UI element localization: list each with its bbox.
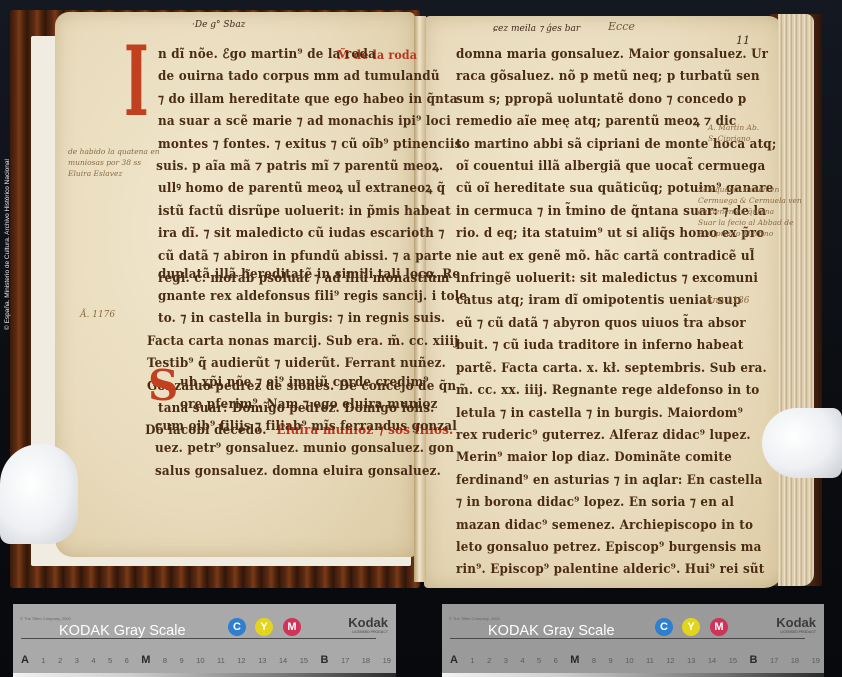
step-label: 17: [770, 656, 778, 665]
step-label: 13: [687, 656, 695, 665]
step-label: 2: [58, 656, 62, 665]
magenta-dot-icon: M: [710, 618, 728, 636]
step-label: 12: [666, 656, 674, 665]
text-line: ub xp̃i nõe ⁊ ei⁹ impiũ corde credim⁹: [180, 372, 438, 394]
text-line: salus gonsaluez. domna eluira gonsaluez.: [155, 461, 457, 483]
text-line: rex ruderic⁹ guterrez. Alferaz didac⁹ lu…: [456, 425, 776, 447]
gray-scale-steps: A 1 2 3 4 5 6 M 8 9 10 11 12 13 14 15 B …: [21, 654, 391, 666]
kodak-copyright: © The Tiffen Company, 2000: [20, 616, 71, 621]
step-label: 18: [791, 656, 799, 665]
kodak-brand: Kodak: [776, 615, 816, 630]
step-label: 3: [504, 656, 508, 665]
step-label: 14: [708, 656, 716, 665]
kodak-gray-scale-left: © The Tiffen Company, 2000 KODAK Gray Sc…: [13, 604, 396, 677]
magenta-dot-icon: M: [283, 618, 301, 636]
decorated-initial-s: S: [148, 365, 178, 407]
text-line: to. ⁊ in castella in burgis: ⁊ in regnis…: [158, 308, 467, 330]
step-label: 5: [108, 656, 112, 665]
text-line: m̃. cc. xx. iiij. Regnante rege aldefons…: [456, 380, 776, 402]
step-label: A: [21, 654, 29, 666]
step-label: 1: [41, 656, 45, 665]
kodak-gray-scale-right: © The Tiffen Company, 2000 KODAK Gray Sc…: [442, 604, 824, 677]
step-label: A: [450, 654, 458, 666]
step-label: 11: [646, 656, 654, 665]
text-line: istũ factũ disrũpe uoluerit: in p̃mis ha…: [158, 201, 462, 223]
left-margin-year: Ã. 1176: [80, 310, 115, 321]
text-line: ore pferim⁹. Nam ⁊ ego eluira munioz: [180, 394, 438, 416]
gray-gradient-strip: [442, 673, 824, 677]
page-edges: [778, 14, 814, 586]
step-label: 14: [279, 656, 287, 665]
step-label: 17: [341, 656, 349, 665]
text-line: raca gõsaluez. nõ p metũ neq; p turbatũ …: [456, 66, 776, 88]
cyan-dot-icon: C: [228, 618, 246, 636]
text-line: buit. ⁊ cũ iuda traditore in inferno hab…: [456, 335, 776, 357]
kodak-brand-sub: LICENSED PRODUCT: [776, 629, 816, 635]
step-label: 10: [196, 656, 204, 665]
text-line: leto gonsaluo petrez. Episcop⁹ burgensis…: [456, 537, 776, 559]
step-label: 10: [625, 656, 633, 665]
decorated-initial-i: I: [124, 34, 149, 130]
text-line: suis. p aĩa mã ⁊ patris mĩ ⁊ parentũ meo…: [156, 156, 461, 178]
left-page-text: n dĩ nõe. ℰgo martin⁹ de la roda de ouir…: [158, 44, 462, 290]
step-label: 6: [125, 656, 129, 665]
kodak-brand-sub: LICENSED PRODUCT: [348, 629, 388, 635]
step-label: 12: [237, 656, 245, 665]
text-line: domna maria gonsaluez. Maior gonsaluez. …: [456, 44, 776, 66]
step-label: 6: [554, 656, 558, 665]
step-label: 9: [609, 656, 613, 665]
left-page-text-final-b: cum oib⁹ filijs ⁊ filiab⁹ mĩs ferrandus …: [155, 416, 457, 483]
step-label: 3: [75, 656, 79, 665]
text-line: ira dĩ. ⁊ sit maledicto cũ iudas escario…: [158, 223, 462, 245]
step-label: 9: [180, 656, 184, 665]
step-label: B: [321, 654, 329, 666]
step-label: 4: [91, 656, 95, 665]
text-line: oĩ couentui illã albergiã que uocat̃ cer…: [456, 156, 776, 178]
step-label: 8: [163, 656, 167, 665]
cyan-dot-icon: C: [655, 618, 673, 636]
step-label: B: [750, 654, 758, 666]
kodak-logo: Kodak LICENSED PRODUCT: [348, 617, 388, 635]
yellow-dot-icon: Y: [255, 618, 273, 636]
text-line: cum oib⁹ filijs ⁊ filiab⁹ mĩs ferrandus …: [155, 416, 457, 438]
text-line: n dĩ nõe. ℰgo martin⁹ de la roda: [158, 44, 462, 66]
step-label: M: [570, 654, 579, 666]
text-line: eũ ⁊ cũ datã ⁊ abyron quos uiuos t̃ra ab…: [456, 313, 776, 335]
text-line: sum s; ppropã uoluntatẽ dono ⁊ concedo p: [456, 89, 776, 111]
step-label: 19: [383, 656, 391, 665]
kodak-title: KODAK Gray Scale: [59, 623, 186, 639]
kodak-rule: [21, 638, 376, 639]
text-line: na suar a scẽ marie ⁊ ad monachis ipi⁹ l…: [158, 111, 462, 133]
step-label: 15: [300, 656, 308, 665]
gray-scale-steps: A 1 2 3 4 5 6 M 8 9 10 11 12 13 14 15 B …: [450, 654, 820, 666]
text-line: montes ⁊ fontes. ⁊ exitus ⁊ cũ oĩb⁹ ptin…: [158, 134, 462, 156]
kodak-rule: [450, 638, 805, 639]
left-margin-note: de habido la quatena en muniosas por 38 …: [68, 146, 160, 179]
left-top-note: ·De g° Sbaz: [192, 20, 245, 30]
step-label: 15: [729, 656, 737, 665]
step-label: 18: [362, 656, 370, 665]
text-line: gnante rex aldefonsus fili⁹ regis sancij…: [158, 286, 467, 308]
text-line: nie aut ex genẽ mõ. hãc cartã contradicẽ…: [456, 246, 776, 268]
text-line: mazan didac⁹ semenez. Archiepiscopo in t…: [456, 515, 776, 537]
right-top-signature: Ecce: [608, 20, 635, 33]
step-label: 1: [470, 656, 474, 665]
yellow-dot-icon: Y: [682, 618, 700, 636]
right-margin-note-2: San quanto tienen en Cermuega & Cermuela…: [698, 184, 802, 239]
text-line: de ouirna tado corpus mm ad tumulandũ: [158, 66, 462, 88]
text-line: ferdinand⁹ en asturias ⁊ in aqlar: En ca…: [456, 470, 776, 492]
text-line: Facta carta nonas marcij. Sub era. m̃. c…: [147, 331, 467, 353]
kodak-logo: Kodak LICENSED PRODUCT: [776, 617, 816, 635]
text-line: infringẽ uoluerit: sit maledictus ⁊ exco…: [456, 268, 776, 290]
step-label: 2: [487, 656, 491, 665]
step-label: M: [141, 654, 150, 666]
kodak-brand: Kodak: [348, 615, 388, 630]
step-label: 5: [537, 656, 541, 665]
kodak-copyright: © The Tiffen Company, 2000: [449, 616, 500, 621]
text-line: rin⁹. Episcop⁹ palentine alderic⁹. Hui⁹ …: [456, 559, 776, 581]
left-page-text-final: ub xp̃i nõe ⁊ ei⁹ impiũ corde credim⁹ or…: [180, 372, 438, 417]
step-label: 19: [812, 656, 820, 665]
right-margin-year: Ano 1186: [706, 296, 749, 307]
text-line: letula ⁊ in castella ⁊ in burgis. Maiord…: [456, 403, 776, 425]
step-label: 13: [258, 656, 266, 665]
photograph-scene: © España. Ministerio de Cultura. Archivo…: [0, 0, 842, 677]
right-margin-note-1: A. Martin Ab. S. Cipriano: [708, 122, 759, 144]
right-top-note: ɕez meila ⁊ ǵes bar: [493, 24, 580, 34]
gloved-hand-right: [762, 408, 842, 478]
step-label: 11: [217, 656, 225, 665]
step-label: 8: [592, 656, 596, 665]
text-line: uez. petr⁹ gonsaluez. munio gonsaluez. g…: [155, 438, 457, 460]
text-line: ⁊ in borona didac⁹ lopez. En soria ⁊ en …: [456, 492, 776, 514]
gloved-hand-left: [0, 444, 78, 544]
text-line: partẽ. Facta carta. x. kł. septembris. S…: [456, 358, 776, 380]
text-line: ⁊ do illam hereditate que ego habeo in q…: [158, 89, 462, 111]
text-line: ullꝰ homo de parentũ meoꝝ ul̃ extraneoꝝ …: [158, 178, 462, 200]
archive-credit: © España. Ministerio de Cultura. Archivo…: [4, 159, 11, 330]
left-page-text-line-12: duplatã illã hereditatẽ in simili tali l…: [158, 264, 460, 286]
text-line: Merin⁹ maior lop diaz. Dominãte comite: [456, 447, 776, 469]
kodak-title: KODAK Gray Scale: [488, 623, 615, 639]
step-label: 4: [520, 656, 524, 665]
gray-gradient-strip: [13, 673, 396, 677]
